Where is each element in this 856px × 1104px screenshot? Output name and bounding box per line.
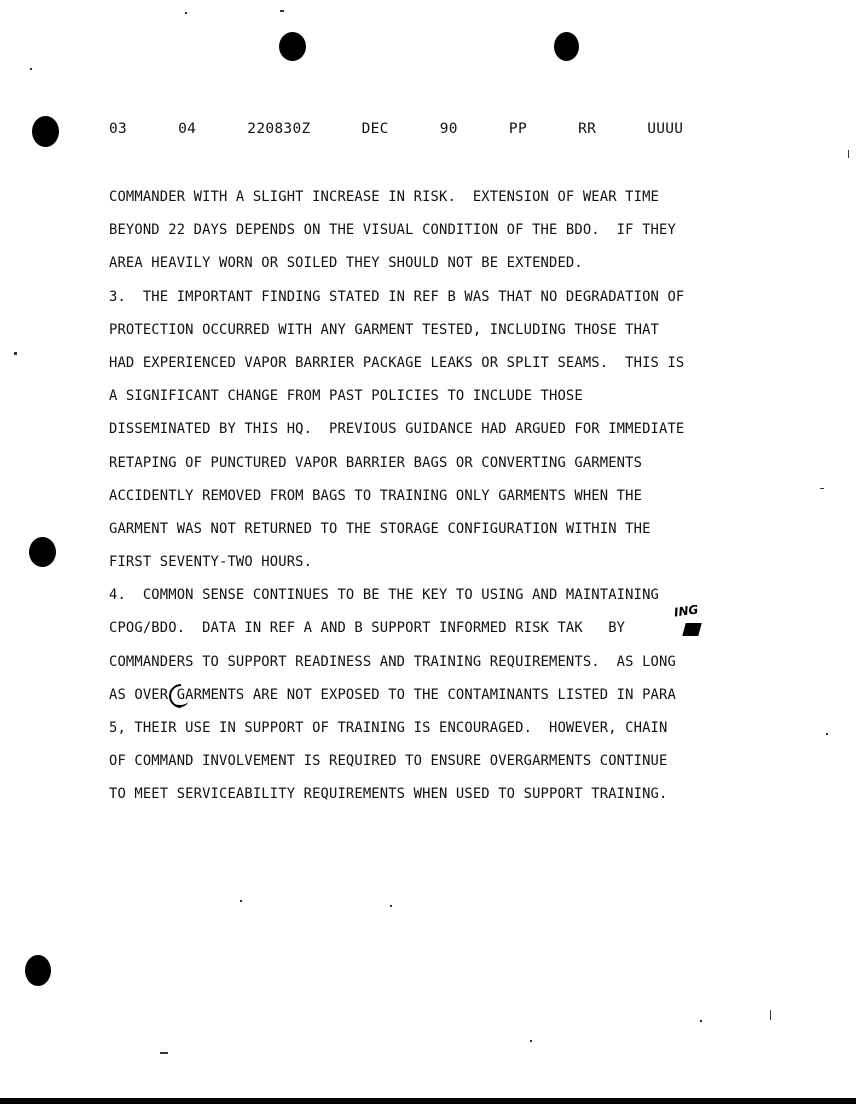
body-line: RETAPING OF PUNCTURED VAPOR BARRIER BAGS…: [109, 452, 800, 485]
body-line: OF COMMAND INVOLVEMENT IS REQUIRED TO EN…: [109, 750, 800, 783]
scan-speck: [160, 1052, 168, 1054]
scan-speck: [848, 150, 849, 158]
body-line: AS OVER GARMENTS ARE NOT EXPOSED TO THE …: [109, 684, 800, 717]
punch-hole-left-1: [32, 116, 59, 147]
page-bottom-border: [0, 1098, 856, 1104]
punch-hole-top-left: [279, 32, 306, 61]
scan-speck: [820, 488, 824, 489]
scan-speck: [185, 12, 187, 14]
scan-speck: [280, 10, 284, 12]
scan-speck: [530, 1040, 532, 1042]
punch-hole-top-right: [554, 32, 579, 61]
paragraph-3-line: 3. THE IMPORTANT FINDING STATED IN REF B…: [109, 286, 800, 319]
body-line: BEYOND 22 DAYS DEPENDS ON THE VISUAL CON…: [109, 219, 800, 252]
body-line: FIRST SEVENTY-TWO HOURS.: [109, 551, 800, 584]
close-up-mark-bottom: [172, 695, 188, 707]
punch-hole-left-2: [29, 537, 56, 567]
scan-speck: [700, 1020, 702, 1022]
body-line: TO MEET SERVICEABILITY REQUIREMENTS WHEN…: [109, 783, 800, 816]
body-line: COMMANDERS TO SUPPORT READINESS AND TRAI…: [109, 651, 800, 684]
body-line: GARMENT WAS NOT RETURNED TO THE STORAGE …: [109, 518, 800, 551]
punch-hole-left-3: [25, 955, 51, 986]
scan-speck: [30, 68, 32, 70]
body-line: AREA HEAVILY WORN OR SOILED THEY SHOULD …: [109, 252, 800, 285]
body-line: ACCIDENTLY REMOVED FROM BAGS TO TRAINING…: [109, 485, 800, 518]
scan-speck: [240, 900, 242, 902]
scan-speck: [390, 905, 392, 907]
body-line: DISSEMINATED BY THIS HQ. PREVIOUS GUIDAN…: [109, 418, 800, 451]
body-line: HAD EXPERIENCED VAPOR BARRIER PACKAGE LE…: [109, 352, 800, 385]
scan-speck: [770, 1010, 771, 1020]
message-body: COMMANDER WITH A SLIGHT INCREASE IN RISK…: [109, 186, 829, 817]
body-line: PROTECTION OCCURRED WITH ANY GARMENT TES…: [109, 319, 800, 352]
message-header: 03 04 220830Z DEC 90 PP RR UUUU: [109, 121, 683, 137]
body-line: COMMANDER WITH A SLIGHT INCREASE IN RISK…: [109, 186, 800, 219]
body-line: A SIGNIFICANT CHANGE FROM PAST POLICIES …: [109, 385, 800, 418]
body-line: 5, THEIR USE IN SUPPORT OF TRAINING IS E…: [109, 717, 800, 750]
scan-speck: [14, 352, 17, 355]
scan-speck: [826, 733, 828, 735]
